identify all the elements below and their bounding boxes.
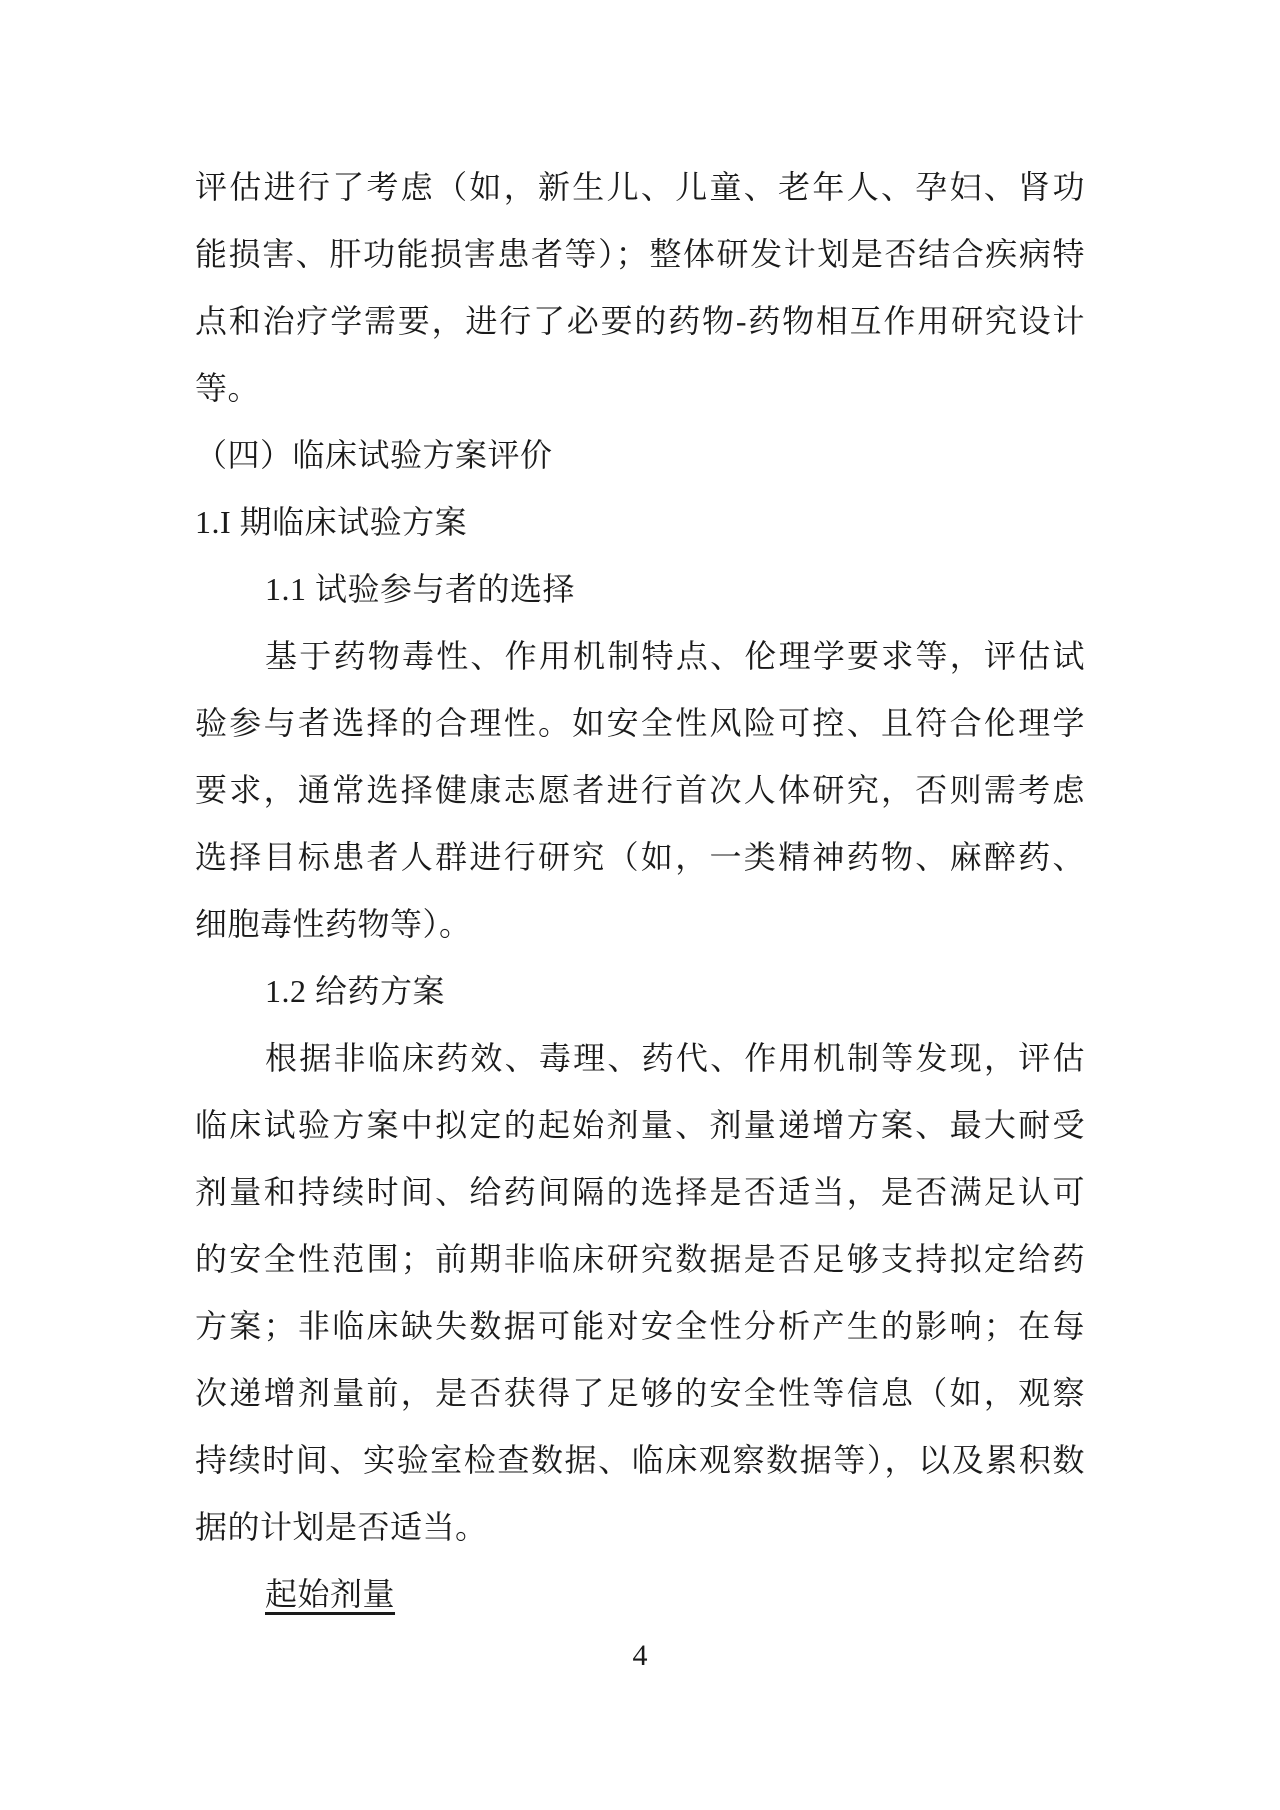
text-line: 剂量和持续时间、给药间隔的选择是否适当，是否满足认可 (195, 1159, 1085, 1226)
text-line: 据的计划是否适当。 (195, 1494, 1085, 1561)
text-line: （四）临床试验方案评价 (195, 422, 1085, 489)
page-number: 4 (0, 1636, 1280, 1676)
text-line: 次递增剂量前，是否获得了足够的安全性等信息（如，观察 (195, 1360, 1085, 1427)
text-line: 点和治疗学需要，进行了必要的药物-药物相互作用研究设计 (195, 288, 1085, 355)
text-line: 评估进行了考虑（如，新生儿、儿童、老年人、孕妇、肾功 (195, 154, 1085, 221)
document-page: 评估进行了考虑（如，新生儿、儿童、老年人、孕妇、肾功能损害、肝功能损害患者等）；… (0, 0, 1280, 1810)
text-line: 要求，通常选择健康志愿者进行首次人体研究，否则需考虑 (195, 757, 1085, 824)
text-lines: 评估进行了考虑（如，新生儿、儿童、老年人、孕妇、肾功能损害、肝功能损害患者等）；… (195, 154, 1085, 1628)
text-line: 方案；非临床缺失数据可能对安全性分析产生的影响；在每 (195, 1293, 1085, 1360)
text-line: 验参与者选择的合理性。如安全性风险可控、且符合伦理学 (195, 690, 1085, 757)
text-line: 能损害、肝功能损害患者等）；整体研发计划是否结合疾病特 (195, 221, 1085, 288)
text-line: 等。 (195, 355, 1085, 422)
text-line: 的安全性范围；前期非临床研究数据是否足够支持拟定给药 (195, 1226, 1085, 1293)
text-line: 临床试验方案中拟定的起始剂量、剂量递增方案、最大耐受 (195, 1092, 1085, 1159)
text-line: 细胞毒性药物等）。 (195, 891, 1085, 958)
text-line: 起始剂量 (195, 1561, 1085, 1628)
text-line: 1.2 给药方案 (195, 958, 1085, 1025)
text-line: 1.1 试验参与者的选择 (195, 556, 1085, 623)
text-line: 选择目标患者人群进行研究（如，一类精神药物、麻醉药、 (195, 824, 1085, 891)
text-line: 持续时间、实验室检查数据、临床观察数据等），以及累积数 (195, 1427, 1085, 1494)
text-line: 根据非临床药效、毒理、药代、作用机制等发现，评估 (195, 1025, 1085, 1092)
text-line: 基于药物毒性、作用机制特点、伦理学要求等，评估试 (195, 623, 1085, 690)
text-line: 1.I 期临床试验方案 (195, 489, 1085, 556)
